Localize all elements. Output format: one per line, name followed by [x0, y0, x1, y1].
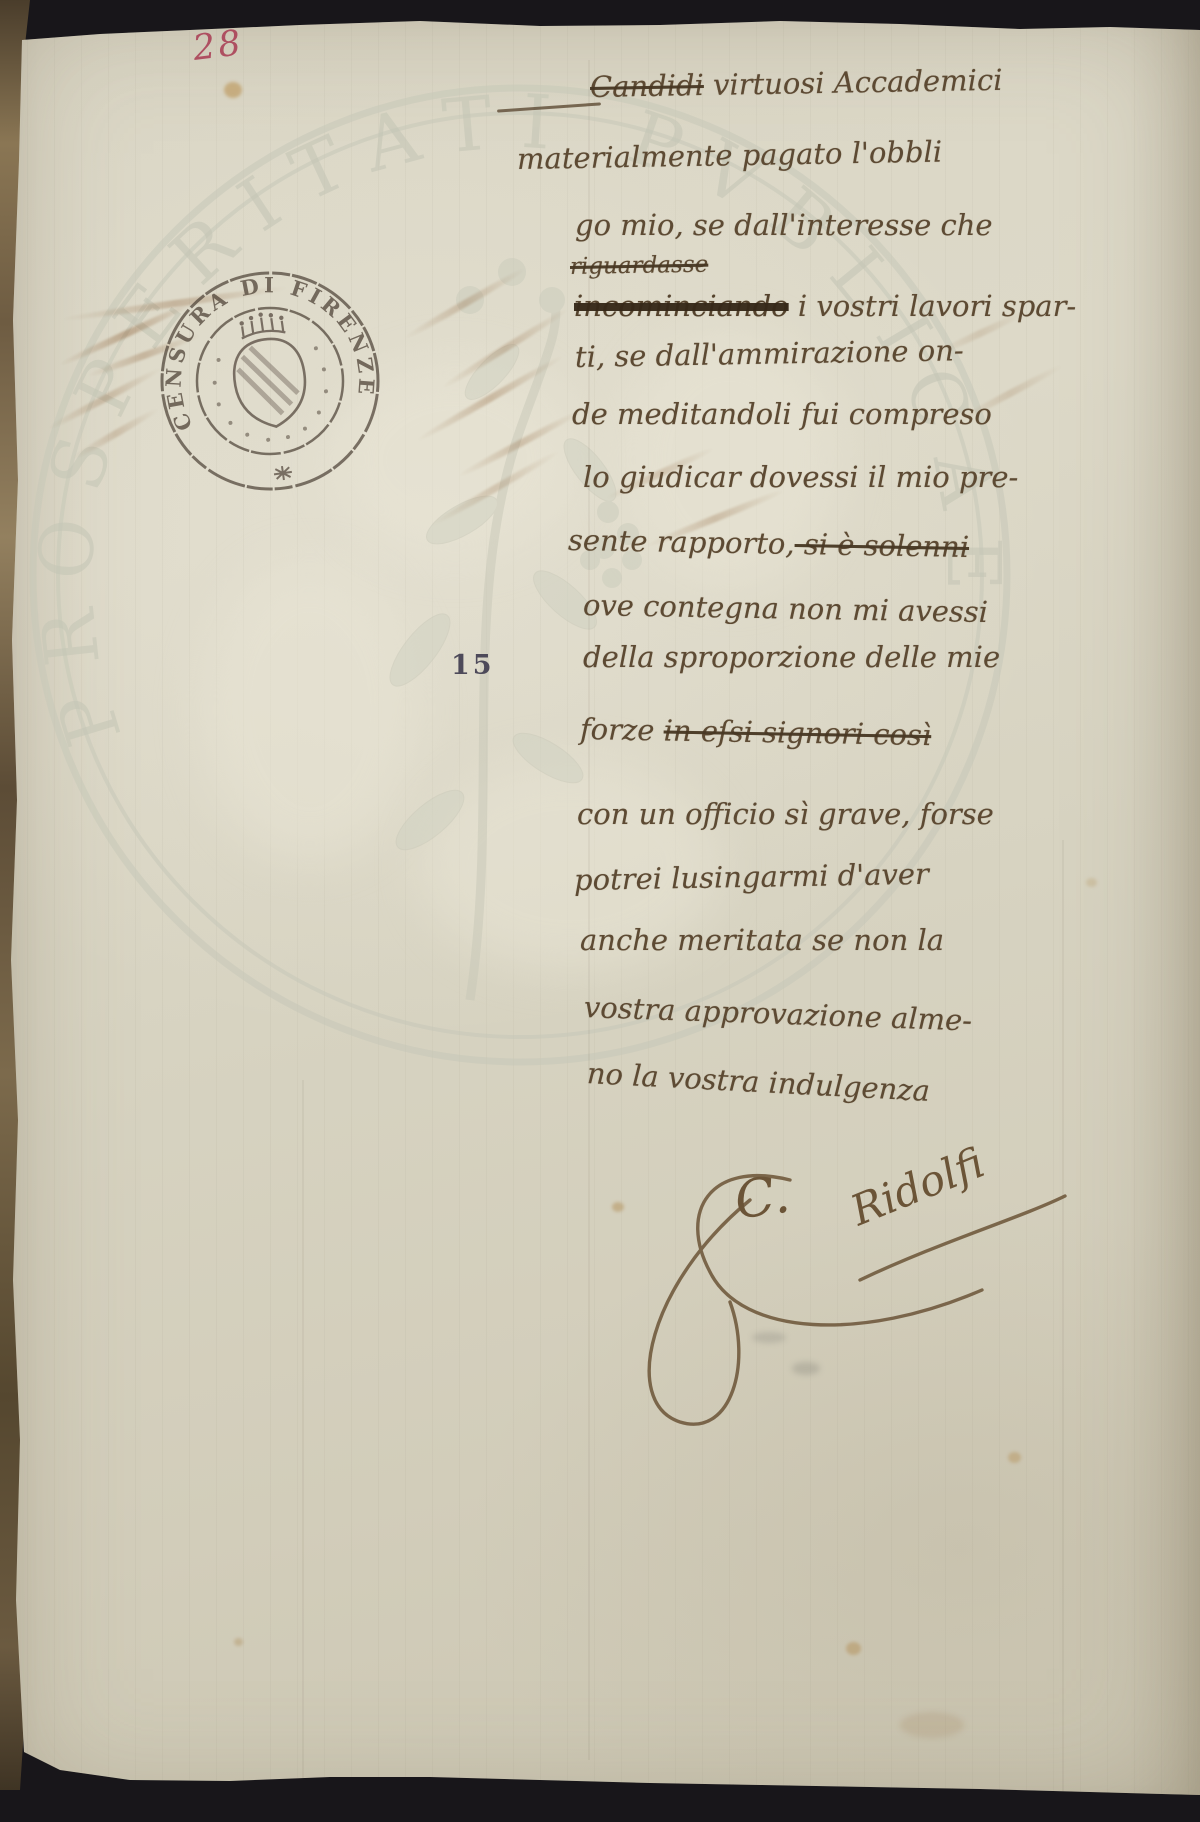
strikethrough-text: incominciando	[574, 289, 789, 323]
page-edge-shadow	[1130, 0, 1200, 1822]
strikethrough-text: Candidi	[590, 68, 704, 104]
strikethrough-text: si è solenni	[794, 527, 969, 564]
strikethrough-text: in eſsi signori così	[663, 713, 931, 752]
signature-flourish	[560, 1120, 1080, 1460]
letter-line: ove contegna non mi avessi	[583, 588, 989, 629]
letter-text: forze	[580, 712, 664, 747]
letter-text: ti, se dall'ammirazione on-	[575, 333, 964, 374]
letter-text: della sproporzione delle mie	[583, 640, 1000, 674]
letter-text: lo giudicar dovessi il mio pre-	[583, 460, 1018, 494]
letter-line: no la vostra indulgenza	[586, 1056, 931, 1108]
letter-line: vostra approvazione alme-	[583, 990, 972, 1038]
letter-line: materialmente pagato l'obbli	[517, 135, 943, 176]
letter-text: vostra approvazione alme-	[583, 990, 972, 1038]
letter-line: ti, se dall'ammirazione on-	[575, 333, 964, 374]
manuscript-page: PROSPERITATI PVBLICAE	[0, 0, 1200, 1822]
letter-line: forze in eſsi signori così	[580, 712, 932, 752]
letter-line: lo giudicar dovessi il mio pre-	[583, 460, 1018, 494]
letter-line: incominciando i vostri lavori spar-	[574, 289, 1076, 323]
letter-line: con un officio sì grave, forse	[577, 797, 994, 831]
letter-text: ove contegna non mi avessi	[583, 588, 989, 629]
letter-line: sente rapporto, si è solenni	[568, 523, 970, 564]
letter-text: virtuosi Accademici	[704, 63, 1003, 102]
letter-text: sente rapporto,	[568, 523, 795, 561]
letter-line: della sproporzione delle mie	[583, 640, 1000, 674]
letter-line: potrei lusingarmi d'aver	[574, 857, 929, 897]
letter-text: anche meritata se non la	[580, 923, 944, 957]
letter-text: potrei lusingarmi d'aver	[574, 857, 929, 897]
letter-line: de meditandoli fui compreso	[572, 397, 992, 431]
letter-text: materialmente pagato l'obbli	[517, 135, 943, 176]
letter-line: anche meritata se non la	[580, 923, 944, 957]
letter-text: no la vostra indulgenza	[586, 1056, 931, 1108]
manuscript-scan: PROSPERITATI PVBLICAE	[0, 0, 1200, 1822]
letter-body: Candidi virtuosi Accademicimaterialmente…	[0, 0, 1200, 1822]
signature-initial: C.	[731, 1165, 793, 1232]
letter-line: riguardasse	[570, 252, 709, 280]
letter-line: go mio, se dall'interesse che	[575, 208, 993, 242]
letter-text: con un officio sì grave, forse	[577, 797, 994, 831]
letter-text: go mio, se dall'interesse che	[575, 208, 993, 242]
strikethrough-text: riguardasse	[570, 252, 709, 280]
letter-text: de meditandoli fui compreso	[572, 397, 992, 431]
letter-line: Candidi virtuosi Accademici	[590, 63, 1003, 104]
letter-text: i vostri lavori spar-	[789, 289, 1077, 323]
